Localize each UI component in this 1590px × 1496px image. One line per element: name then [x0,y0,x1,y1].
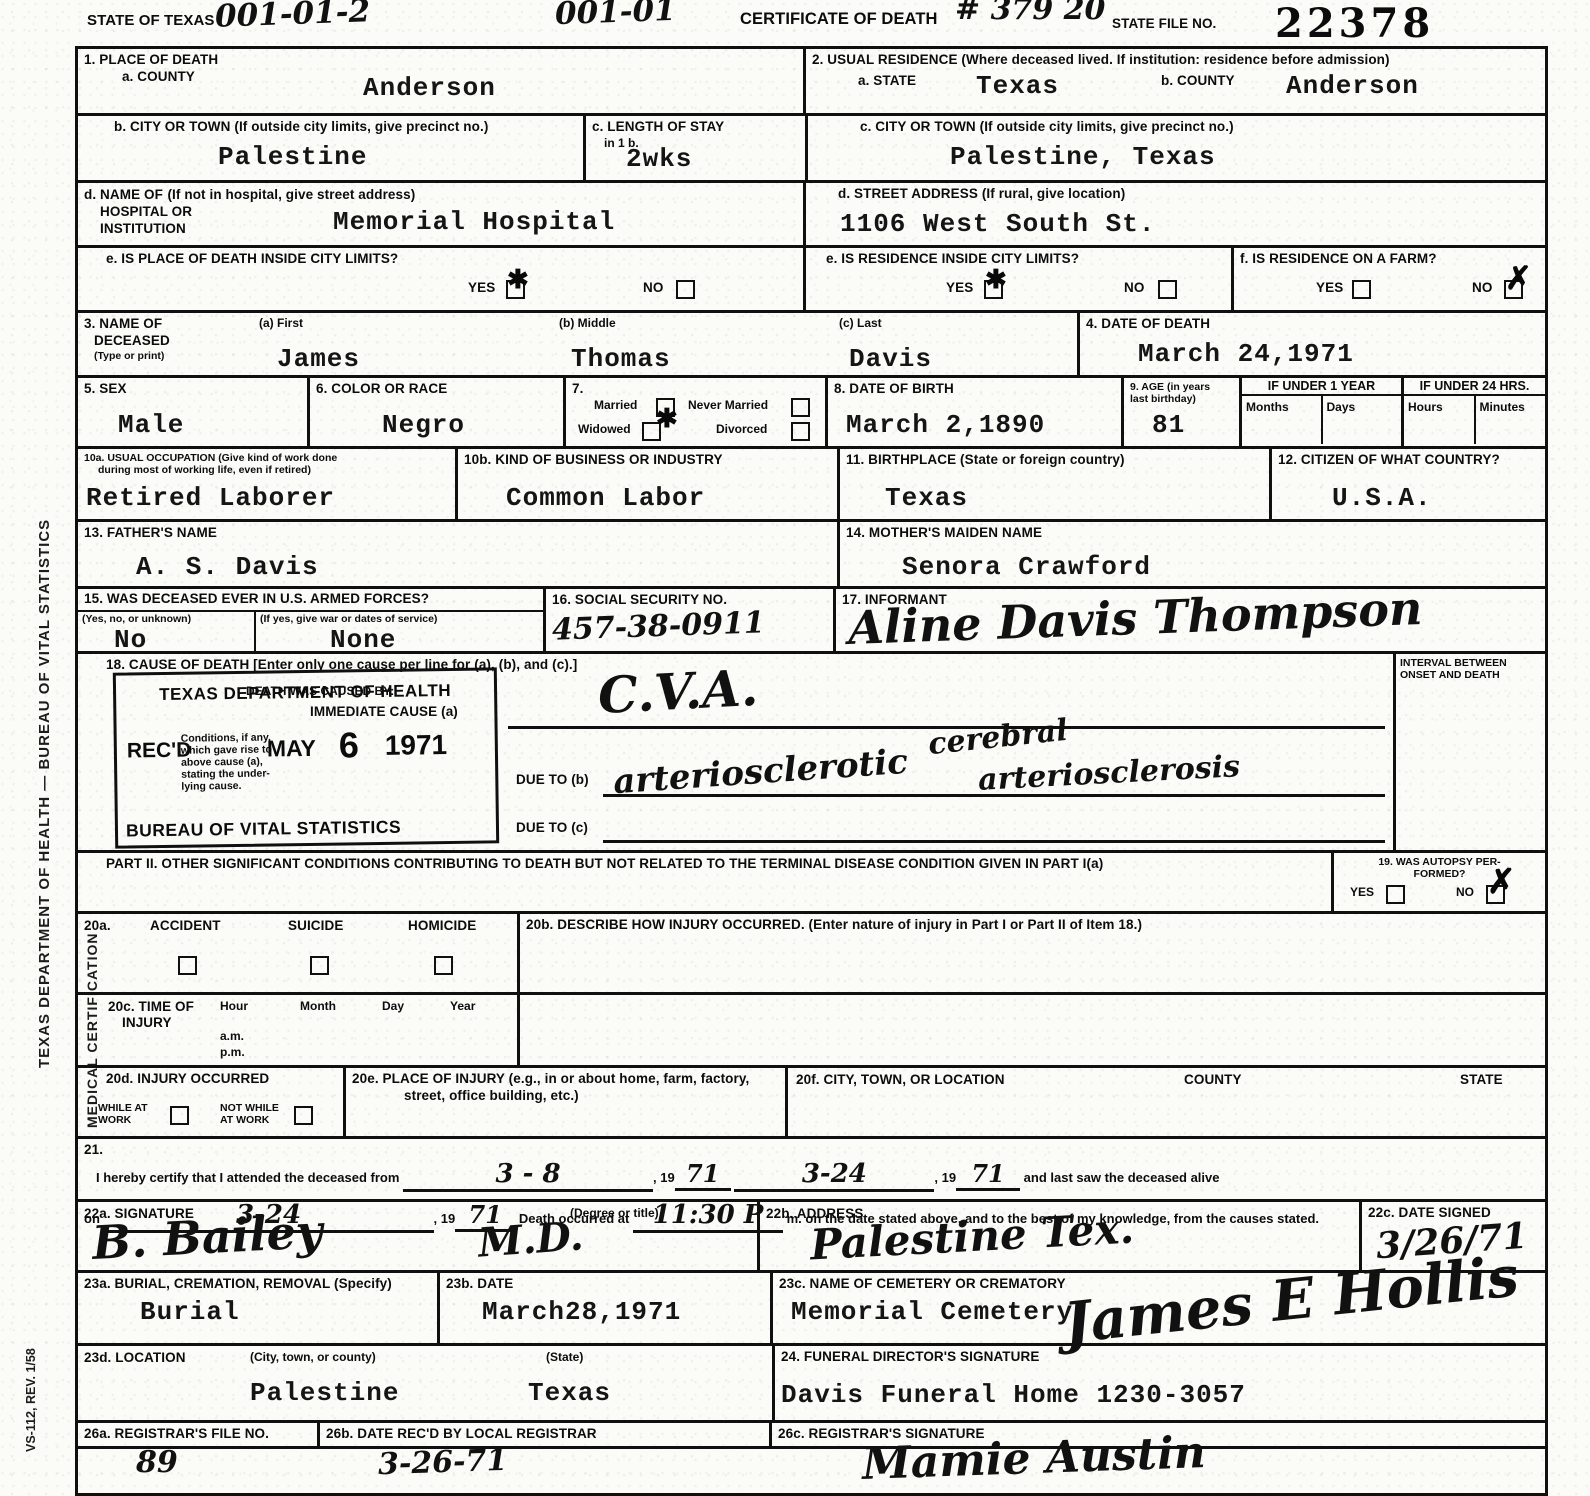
row-location-director: 23d. LOCATION (City, town, or county) Pa… [78,1346,1545,1423]
stamp-year: 1971 [385,729,448,762]
first-name-value: James [277,344,559,374]
no-label: NO [1472,280,1492,297]
registrar-file-cell: 26a. REGISTRAR'S FILE NO. 89 [78,1423,320,1446]
suicide-checkbox [310,956,329,975]
registrar-file-value: 89 [136,1445,178,1480]
name-label-block: 3. NAME OF DECEASED (Type or print) [84,316,259,372]
stamp-recd: REC'D [127,739,192,764]
mother-label: 14. MOTHER'S MAIDEN NAME [846,525,1539,542]
registrar-signature-value: Mamie Austin [861,1427,1206,1490]
location-state-sublabel: (State) [546,1350,583,1364]
industry-cell: 10b. KIND OF BUSINESS OR INDUSTRY Common… [458,449,840,519]
armed-forces-sub1: (Yes, no, or unknown) [82,613,250,625]
occupation-value: Retired Laborer [86,483,335,513]
date-of-death-label: 4. DATE OF DEATH [1086,316,1539,333]
check-mark: ✗ [1487,865,1516,899]
informant-cell: 17. INFORMANT Aline Davis Thompson [836,589,1545,651]
row-city-limits: e. IS PLACE OF DEATH INSIDE CITY LIMITS?… [78,248,1545,313]
place-of-injury-label-2: street, office building, etc.) [404,1088,779,1105]
sex-cell: 5. SEX Male [78,378,310,446]
stamp-line-1: TEXAS DEPARTMENT OF HEALTH [116,680,494,705]
suicide-label: SUICIDE [288,918,343,935]
check-mark: ✱ [985,267,1007,293]
attended-from-blank: 3 - 8 [403,1159,653,1192]
part2-label: PART II. OTHER SIGNIFICANT CONDITIONS CO… [106,856,1325,873]
minutes-col: Minutes [1476,396,1546,444]
describe-injury-continued-cell [520,995,1545,1065]
street-address-cell: d. STREET ADDRESS (If rural, give locati… [806,183,1545,245]
burial-method-value: Burial [140,1297,240,1327]
yes-label: YES [1350,885,1374,899]
age-label-2: last birthday) [1130,393,1233,405]
residence-city-cell: c. CITY OR TOWN (If outside city limits,… [808,116,1545,180]
interval-label-2: ONSET AND DEATH [1400,669,1541,681]
not-while-at-work-label-1: NOT WHILE [220,1102,279,1114]
time-of-injury-label-2: INJURY [122,1015,172,1032]
residence-city-value: Palestine, Texas [950,142,1216,172]
father-value: A. S. Davis [136,552,319,582]
hospital-paren: (If not in hospital, give street address… [167,187,415,202]
hour-label: Hour [220,999,248,1013]
residence-city-limits-cell: e. IS RESIDENCE INSIDE CITY LIMITS? YES … [806,248,1234,310]
registrar-date-value: 3-26-71 [377,1443,507,1482]
year-blank-1: 71 [675,1159,731,1191]
months-label: Months [1246,400,1289,414]
residence-county-value: Anderson [1286,71,1419,101]
handwritten-code-2: 001-01 [554,0,676,32]
residence-county-label: b. COUNTY [1161,73,1235,90]
hospital-value: Memorial Hospital [333,207,615,237]
location-city-sublabel: (City, town, or county) [250,1350,376,1364]
row-cause-of-death: 18. CAUSE OF DEATH [Enter only one cause… [78,654,1545,853]
funeral-home-value: Davis Funeral Home 1230-3057 [781,1380,1246,1410]
county-value: Anderson [363,73,496,103]
farm-cell: f. IS RESIDENCE ON A FARM? YES NO ✗ [1234,248,1545,310]
injury-state-label: STATE [1460,1072,1503,1089]
registrar-date-cell: 26b. DATE REC'D BY LOCAL REGISTRAR 3-26-… [320,1423,772,1446]
date-of-birth-value: March 2,1890 [846,410,1045,440]
physician-signature-cell: 22a. SIGNATURE (Degree or title) B. Bail… [78,1202,760,1270]
if-under-1-year-cell: IF UNDER 1 YEAR Months Days [1242,378,1404,446]
hospital-cell: d. NAME OF (If not in hospital, give str… [78,183,806,245]
injury-type-cell: 20a. ACCIDENT SUICIDE HOMICIDE [78,914,520,992]
printed-19-b: , 19 [934,1170,956,1185]
while-at-work-checkbox [170,1106,189,1125]
armed-forces-cell: 15. WAS DECEASED EVER IN U.S. ARMED FORC… [78,589,546,651]
mother-cell: 14. MOTHER'S MAIDEN NAME Senora Crawford [840,522,1545,586]
describe-injury-cell: 20b. DESCRIBE HOW INJURY OCCURRED. (Ente… [520,914,1545,992]
citizen-label: 12. CITIZEN OF WHAT COUNTRY? [1278,452,1539,469]
race-label: 6. COLOR OR RACE [316,381,557,398]
date-of-birth-cell: 8. DATE OF BIRTH March 2,1890 [828,378,1124,446]
degree-or-title-label: (Degree or title) [570,1206,659,1220]
race-value: Negro [382,410,465,440]
while-at-work-label-2: WORK [98,1114,131,1126]
no-label: NO [1124,280,1144,297]
ssn-cell: 16. SOCIAL SECURITY NO. 457-38-0911 [546,589,836,651]
place-of-death-title: 1. PLACE OF DEATH [84,52,797,69]
industry-label: 10b. KIND OF BUSINESS OR INDUSTRY [464,452,831,469]
attended-to-blank: 3-24 [734,1159,934,1192]
state-of-texas-label: STATE OF TEXAS [87,12,215,31]
state-file-number: 22378 [1275,0,1434,47]
row-hospital-street: d. NAME OF (If not in hospital, give str… [78,183,1545,248]
length-of-stay-label: c. LENGTH OF STAY [592,119,799,136]
stamp-day: 6 [339,724,360,766]
date-of-death-cell: 4. DATE OF DEATH March 24,1971 [1080,313,1545,375]
day-label: Day [382,999,404,1013]
if-under-1-year-label: IF UNDER 1 YEAR [1242,378,1401,396]
location-city-value: Palestine [250,1378,399,1408]
not-while-at-work-label-2: AT WORK [220,1114,269,1126]
year-value-2: 71 [971,1159,1004,1188]
funeral-director-cell: 24. FUNERAL DIRECTOR'S SIGNATURE Davis F… [775,1346,1545,1420]
year-value-1: 71 [686,1159,719,1188]
if-under-24-hrs-label: IF UNDER 24 HRS. [1404,378,1545,396]
injury-occurred-label: 20d. INJURY OCCURRED [106,1071,337,1088]
widowed-checkbox: ✱ [642,422,661,441]
accident-checkbox [178,956,197,975]
cause-of-death-cell: 18. CAUSE OF DEATH [Enter only one cause… [78,654,1545,850]
name-label-2: DECEASED [94,333,259,350]
armed-forces-service: None [330,625,539,655]
place-city-limits-label: e. IS PLACE OF DEATH INSIDE CITY LIMITS? [106,251,797,268]
death-certificate-scan: TEXAS DEPARTMENT OF HEALTH — BUREAU OF V… [0,0,1590,1496]
certificate-title: CERTIFICATE OF DEATH [740,9,938,30]
name-label-3: (Type or print) [94,350,259,362]
state-file-no-label: STATE FILE NO. [1112,16,1216,33]
residence-state-value: Texas [976,71,1059,101]
due-to-c-line [603,840,1385,843]
row-part2-autopsy: PART II. OTHER SIGNIFICANT CONDITIONS CO… [78,853,1545,914]
residence-limits-no-checkbox [1158,280,1177,299]
month-label: Month [300,999,336,1013]
sex-value: Male [118,410,184,440]
autopsy-cell: 19. WAS AUTOPSY PER- FORMED? YES NO ✗ [1334,853,1545,911]
immediate-cause-value: C.V.A. [597,658,760,725]
residence-city-label: c. CITY OR TOWN (If outside city limits,… [860,119,1539,136]
due-to-c-label: DUE TO (c) [516,820,588,837]
physician-address-cell: 22b. ADDRESS Palestine Tex. [760,1202,1362,1270]
hospital-label-1: d. NAME OF [84,187,163,202]
check-mark: ✱ [507,267,529,293]
am-label: a.m. [220,1029,244,1043]
row-county-state: 1. PLACE OF DEATH a. COUNTY Anderson 2. … [78,49,1545,116]
residence-cell: 2. USUAL RESIDENCE (Where deceased lived… [806,49,1545,113]
injury-20a-number: 20a. [84,918,111,935]
never-married-label: Never Married [688,398,768,412]
row-demographics: 5. SEX Male 6. COLOR OR RACE Negro 7. Ma… [78,378,1545,449]
note-line-5: lying cause. [181,779,331,793]
residence-state-label: a. STATE [858,73,916,90]
armed-forces-service-block: (If yes, give war or dates of service) N… [256,612,543,652]
length-of-stay-cell: c. LENGTH OF STAY in 1 b. 2wks [586,116,808,180]
printed-19-a: , 19 [653,1170,675,1185]
interval-column: INTERVAL BETWEEN ONSET AND DEATH [1393,654,1545,850]
if-under-24-hrs-cell: IF UNDER 24 HRS. Hours Minutes [1404,378,1545,446]
due-to-b-label: DUE TO (b) [516,772,589,789]
last-name-value: Davis [849,344,1071,374]
yes-label: YES [1316,280,1343,297]
farm-no-checkbox: ✗ [1504,280,1523,299]
hours-label: Hours [1408,400,1443,414]
location-state-value: Texas [528,1378,611,1408]
months-col: Months [1242,396,1323,444]
first-name-label: (a) First [259,316,559,330]
place-city-label: b. CITY OR TOWN (If outside city limits,… [114,119,577,136]
due-to-b-value-2: cerebral [927,713,1070,762]
stamp-line-3: BUREAU OF VITAL STATISTICS [126,817,401,842]
occupation-cell: 10a. USUAL OCCUPATION (Give kind of work… [78,449,458,519]
autopsy-yes-checkbox [1386,885,1405,904]
place-city-value: Palestine [218,142,367,172]
handwritten-code-1: 001-01-2 [214,0,370,35]
occupation-label-2: during most of working life, even if ret… [98,464,449,476]
stamp-month: MAY [267,735,316,763]
certification-number: 21. [84,1142,1539,1159]
autopsy-no-checkbox: ✗ [1486,885,1505,904]
never-married-checkbox [791,398,810,417]
burial-date-cell: 23b. DATE March28,1971 [440,1273,773,1343]
residence-limits-yes-checkbox: ✱ [984,280,1003,299]
place-of-death-county-cell: 1. PLACE OF DEATH a. COUNTY Anderson [78,49,806,113]
handwritten-header-number: # 379 20 [955,0,1105,27]
place-city-cell: b. CITY OR TOWN (If outside city limits,… [78,116,586,180]
minutes-label: Minutes [1480,400,1525,414]
interval-label-1: INTERVAL BETWEEN [1400,657,1541,669]
street-address-label: d. STREET ADDRESS (If rural, give locati… [838,186,1539,203]
ssn-label: 16. SOCIAL SECURITY NO. [552,592,827,609]
time-of-injury-cell: 20c. TIME OF INJURY Hour a.m. p.m. Month… [78,995,520,1065]
armed-forces-label: 15. WAS DECEASED EVER IN U.S. ARMED FORC… [78,589,543,612]
pm-label: p.m. [220,1045,245,1059]
birthplace-label: 11. BIRTHPLACE (State or foreign country… [846,452,1263,469]
age-cell: 9. AGE (in years last birthday) 81 [1124,378,1242,446]
registrar-signature-cell: 26c. REGISTRAR'S SIGNATURE Mamie Austin [772,1423,1545,1446]
year-label: Year [450,999,475,1013]
marital-number: 7. [572,381,819,398]
farm-yes-checkbox [1352,280,1371,299]
street-address-value: 1106 West South St. [840,209,1155,239]
occupation-label-1: 10a. USUAL OCCUPATION (Give kind of work… [84,452,449,464]
location-label: 23d. LOCATION [84,1350,186,1365]
not-while-at-work-checkbox [294,1106,313,1125]
row-time-of-injury: 20c. TIME OF INJURY Hour a.m. p.m. Month… [78,995,1545,1068]
row-injury-type: 20a. ACCIDENT SUICIDE HOMICIDE 20b. DESC… [78,914,1545,995]
days-label: Days [1327,400,1356,414]
injury-location-cell: 20f. CITY, TOWN, OR LOCATION COUNTY STAT… [788,1068,1545,1136]
armed-forces-answer-block: (Yes, no, or unknown) No [78,612,256,652]
physician-degree-value: M.D. [476,1212,584,1266]
year-blank-2: 71 [956,1159,1020,1191]
name-label-1: 3. NAME OF [84,316,259,333]
last-name-block: (c) Last Davis [839,316,1071,372]
mother-value: Senora Crawford [902,552,1151,582]
injury-county-label: COUNTY [1184,1072,1242,1089]
race-cell: 6. COLOR OR RACE Negro [310,378,566,446]
age-label-1: 9. AGE (in years [1130,381,1233,393]
date-of-birth-label: 8. DATE OF BIRTH [834,381,1115,398]
middle-name-label: (b) Middle [559,316,839,330]
residence-city-limits-label: e. IS RESIDENCE INSIDE CITY LIMITS? [826,251,1225,268]
injury-occurred-cell: 20d. INJURY OCCURRED WHILE AT WORK NOT W… [78,1068,346,1136]
row-military-ssn-informant: 15. WAS DECEASED EVER IN U.S. ARMED FORC… [78,589,1545,654]
place-limits-yes-checkbox: ✱ [506,280,525,299]
sex-label: 5. SEX [84,381,301,398]
place-city-limits-cell: e. IS PLACE OF DEATH INSIDE CITY LIMITS?… [78,248,806,310]
burial-location-cell: 23d. LOCATION (City, town, or county) Pa… [78,1346,775,1420]
citizen-value: U.S.A. [1332,483,1432,513]
part2-cell: PART II. OTHER SIGNIFICANT CONDITIONS CO… [78,853,1334,911]
date-of-death-value: March 24,1971 [1138,339,1354,369]
received-stamp: TEXAS DEPARTMENT OF HEALTH Conditions, i… [113,667,499,848]
funeral-director-label: 24. FUNERAL DIRECTOR'S SIGNATURE [781,1349,1539,1366]
farm-label: f. IS RESIDENCE ON A FARM? [1240,251,1539,268]
length-of-stay-value: 2wks [626,144,692,174]
certificate-form: 1. PLACE OF DEATH a. COUNTY Anderson 2. … [75,46,1548,1496]
yes-label: YES [468,280,495,297]
middle-name-block: (b) Middle Thomas [559,316,839,372]
last-name-label: (c) Last [839,316,1071,330]
due-to-b-value-3: arteriosclerosis [977,749,1241,798]
registrar-date-label: 26b. DATE REC'D BY LOCAL REGISTRAR [326,1426,763,1443]
attended-to-date: 3-24 [802,1159,867,1189]
hours-col: Hours [1404,396,1476,444]
yes-label: YES [946,280,973,297]
birthplace-cell: 11. BIRTHPLACE (State or foreign country… [840,449,1272,519]
time-of-injury-label-1: 20c. TIME OF [108,999,194,1016]
industry-value: Common Labor [506,483,705,513]
accident-label: ACCIDENT [150,918,221,935]
row-name: 3. NAME OF DECEASED (Type or print) (a) … [78,313,1545,378]
row-injury-place: 20d. INJURY OCCURRED WHILE AT WORK NOT W… [78,1068,1545,1139]
place-limits-no-checkbox [676,280,695,299]
citizen-cell: 12. CITIZEN OF WHAT COUNTRY? U.S.A. [1272,449,1545,519]
row-occupation: 10a. USUAL OCCUPATION (Give kind of work… [78,449,1545,522]
check-mark: ✗ [1505,262,1532,294]
burial-method-cell: 23a. BURIAL, CREMATION, REMOVAL (Specify… [78,1273,440,1343]
burial-date-value: March28,1971 [482,1297,681,1327]
armed-forces-answer: No [114,625,250,655]
age-value: 81 [1152,410,1185,440]
describe-injury-label: 20b. DESCRIBE HOW INJURY OCCURRED. (Ente… [526,917,1539,934]
burial-method-label: 23a. BURIAL, CREMATION, REMOVAL (Specify… [84,1276,431,1293]
married-label: Married [594,398,637,412]
place-of-injury-label-1: 20e. PLACE OF INJURY (e.g., in or about … [352,1071,779,1088]
homicide-label: HOMICIDE [408,918,476,935]
while-at-work-label-1: WHILE AT [98,1102,148,1114]
left-margin-form-number: VS-112, REV. 1/58 [24,1348,38,1452]
birthplace-value: Texas [885,483,968,513]
middle-name-value: Thomas [571,344,839,374]
homicide-checkbox [434,956,453,975]
row-parents: 13. FATHER'S NAME A. S. Davis 14. MOTHER… [78,522,1545,589]
divorced-checkbox [791,422,810,441]
check-mark: ✱ [656,406,678,432]
first-name-block: (a) First James [259,316,559,372]
residence-title: 2. USUAL RESIDENCE (Where deceased lived… [812,52,1539,69]
physician-signature-value: B. Bailey [91,1204,324,1270]
father-cell: 13. FATHER'S NAME A. S. Davis [78,522,840,586]
widowed-label: Widowed [578,422,631,436]
no-label: NO [643,280,663,297]
father-label: 13. FATHER'S NAME [84,525,831,542]
name-cell: 3. NAME OF DECEASED (Type or print) (a) … [78,313,1080,375]
header: STATE OF TEXAS 001-01-2 001-01 CERTIFICA… [75,0,1542,46]
ssn-value: 457-38-0911 [551,605,765,647]
row-certification-statement: 21. I hereby certify that I attended the… [78,1139,1545,1202]
attended-from-date: 3 - 8 [496,1159,561,1189]
burial-date-label: 23b. DATE [446,1276,764,1293]
row-registrar: 26a. REGISTRAR'S FILE NO. 89 26b. DATE R… [78,1423,1545,1449]
injury-city-label: 20f. CITY, TOWN, OR LOCATION [796,1072,1005,1089]
marital-status-cell: 7. Married Never Married Widowed ✱ Divor… [566,378,828,446]
certify-text-3: and last saw the deceased alive [1024,1170,1220,1185]
no-label: NO [1456,885,1474,899]
left-margin-dept-text: TEXAS DEPARTMENT OF HEALTH — BUREAU OF V… [36,519,53,1068]
divorced-label: Divorced [716,422,767,436]
days-col: Days [1323,396,1402,444]
certify-text-1: I hereby certify that I attended the dec… [96,1170,399,1185]
certification-cell: 21. I hereby certify that I attended the… [78,1139,1545,1199]
registrar-file-label: 26a. REGISTRAR'S FILE NO. [84,1426,311,1443]
place-of-injury-cell: 20e. PLACE OF INJURY (e.g., in or about … [346,1068,788,1136]
armed-forces-sub2: (If yes, give war or dates of service) [260,613,539,625]
row-city: b. CITY OR TOWN (If outside city limits,… [78,116,1545,183]
cemetery-value: Memorial Cemetery [791,1297,1073,1327]
